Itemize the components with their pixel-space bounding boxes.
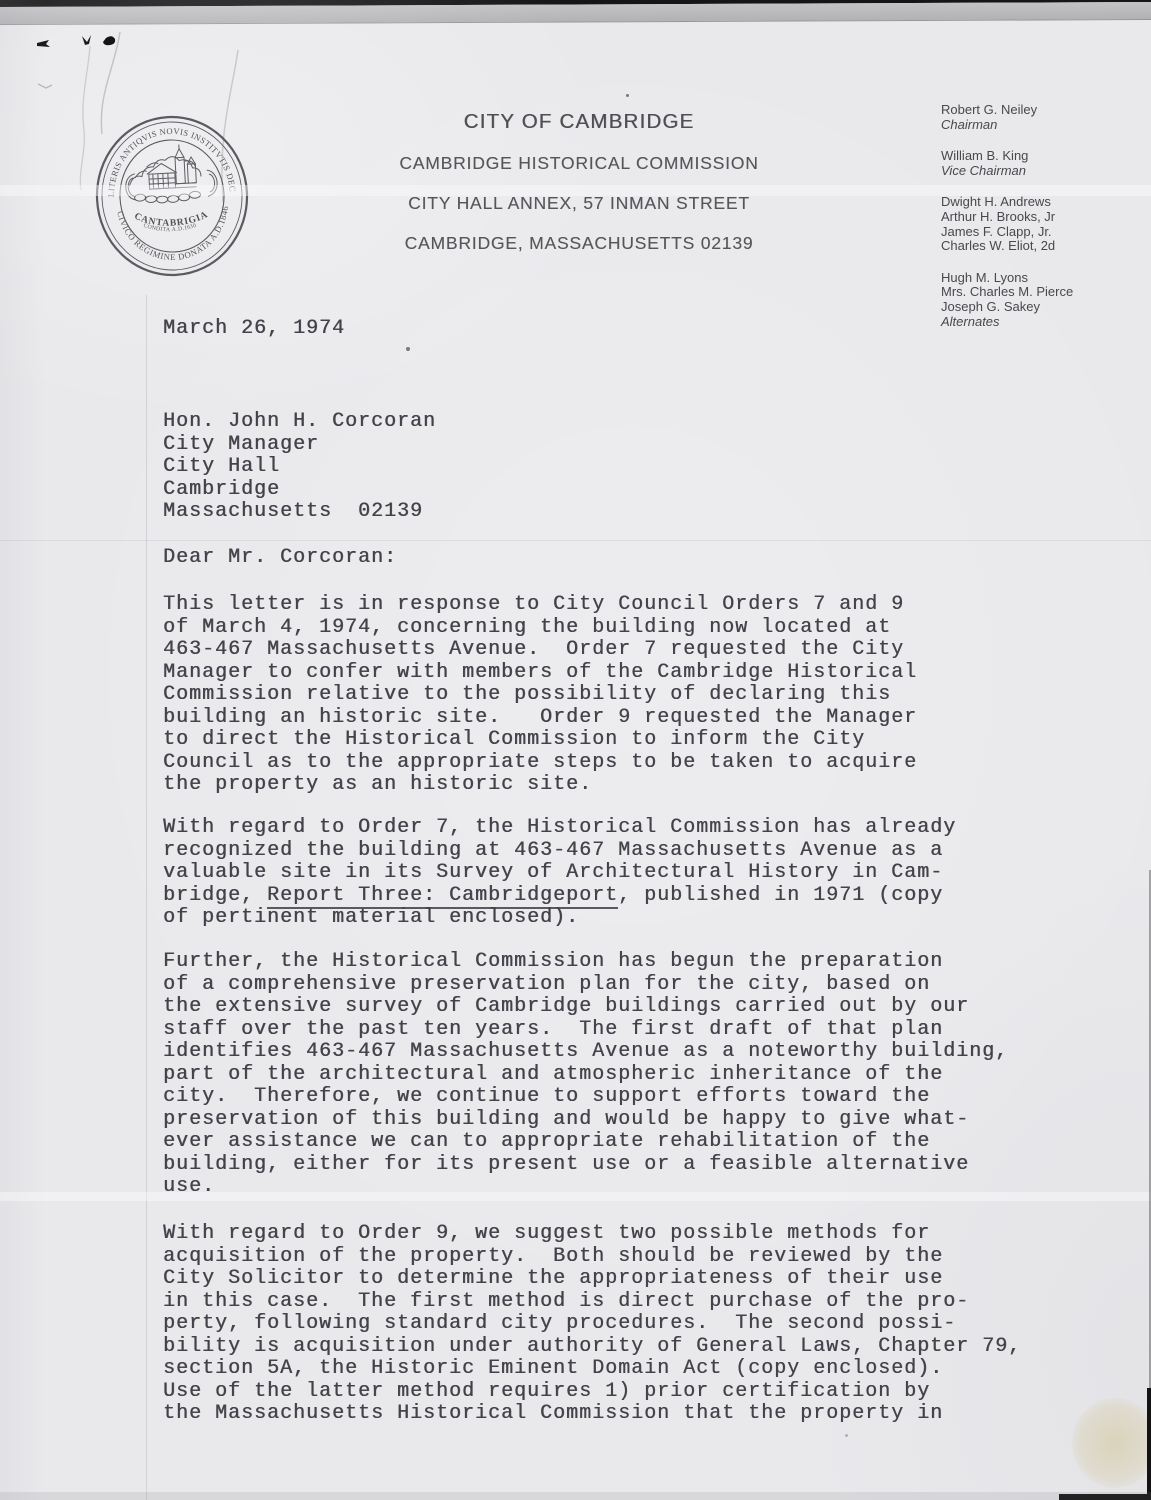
paragraph-2: With regard to Order 7, the Historical C… (163, 817, 1093, 930)
roster-name: Arthur H. Brooks, Jr (941, 210, 1151, 225)
scan-bottom-shade (0, 1492, 1151, 1500)
recipient-address-block: Hon. John H. Corcoran City Manager City … (163, 411, 1093, 524)
letterhead-commission-line: CAMBRIDGE HISTORICAL COMMISSION (305, 153, 853, 174)
coffee-stain (1072, 1398, 1151, 1488)
paper-crease (0, 540, 1151, 541)
letterhead-title: CITY OF CAMBRIDGE (305, 110, 853, 134)
letterhead-address-line: CITY HALL ANNEX, 57 INMAN STREET (305, 193, 853, 214)
roster-role: Chairman (941, 118, 1151, 133)
scanner-gray-strip (0, 2, 1151, 25)
report-title-underlined: Report Three: Cambridgeport (267, 884, 618, 909)
roster-name: William B. King (941, 149, 1151, 164)
roster-role: Vice Chairman (941, 164, 1151, 179)
roster-name: Joseph G. Sakey (941, 300, 1151, 315)
roster-name: Charles W. Eliot, 2d (941, 239, 1151, 254)
roster-group-members: Dwight H. Andrews Arthur H. Brooks, Jr J… (941, 195, 1151, 253)
roster-name: Dwight H. Andrews (941, 195, 1151, 210)
roster-name: Robert G. Neiley (941, 103, 1151, 118)
ink-speck (626, 94, 629, 97)
roster-name: James F. Clapp, Jr. (941, 225, 1151, 240)
salutation: Dear Mr. Corcoran: (163, 547, 1093, 570)
paragraph-4: With regard to Order 9, we suggest two p… (163, 1223, 1093, 1426)
seal-motto-bottom: CIVICO REGIMINE DONATA A.D.1846 (115, 204, 233, 265)
scan-light-band (0, 185, 1151, 196)
paragraph-1: This letter is in response to City Counc… (163, 594, 1093, 797)
city-of-cambridge-seal: LITERIS ANTIQVIS NOVIS INSTITVTIS DECORA… (86, 108, 259, 284)
scanned-letter-page: { "letterhead": { "title": "CITY OF CAMB… (0, 0, 1151, 1500)
roster-group-chairman: Robert G. Neiley Chairman (941, 103, 1151, 132)
letterhead-city-line: CAMBRIDGE, MASSACHUSETTS 02139 (305, 233, 853, 254)
scan-light-band (0, 1192, 1151, 1201)
commission-roster: Robert G. Neiley Chairman William B. Kin… (941, 103, 1151, 346)
roster-group-vice-chairman: William B. King Vice Chairman (941, 149, 1151, 178)
scanner-edge-band (0, 0, 1151, 25)
roster-name: Mrs. Charles M. Pierce (941, 285, 1151, 300)
paper-fold-line (146, 295, 147, 1500)
ink-speck (406, 347, 410, 351)
roster-name: Hugh M. Lyons (941, 271, 1151, 286)
scan-right-edge-black (1147, 1388, 1151, 1500)
letter-date: March 26, 1974 (163, 318, 1093, 341)
paragraph-3: Further, the Historical Commission has b… (163, 951, 1093, 1199)
ink-speck (845, 1434, 848, 1437)
